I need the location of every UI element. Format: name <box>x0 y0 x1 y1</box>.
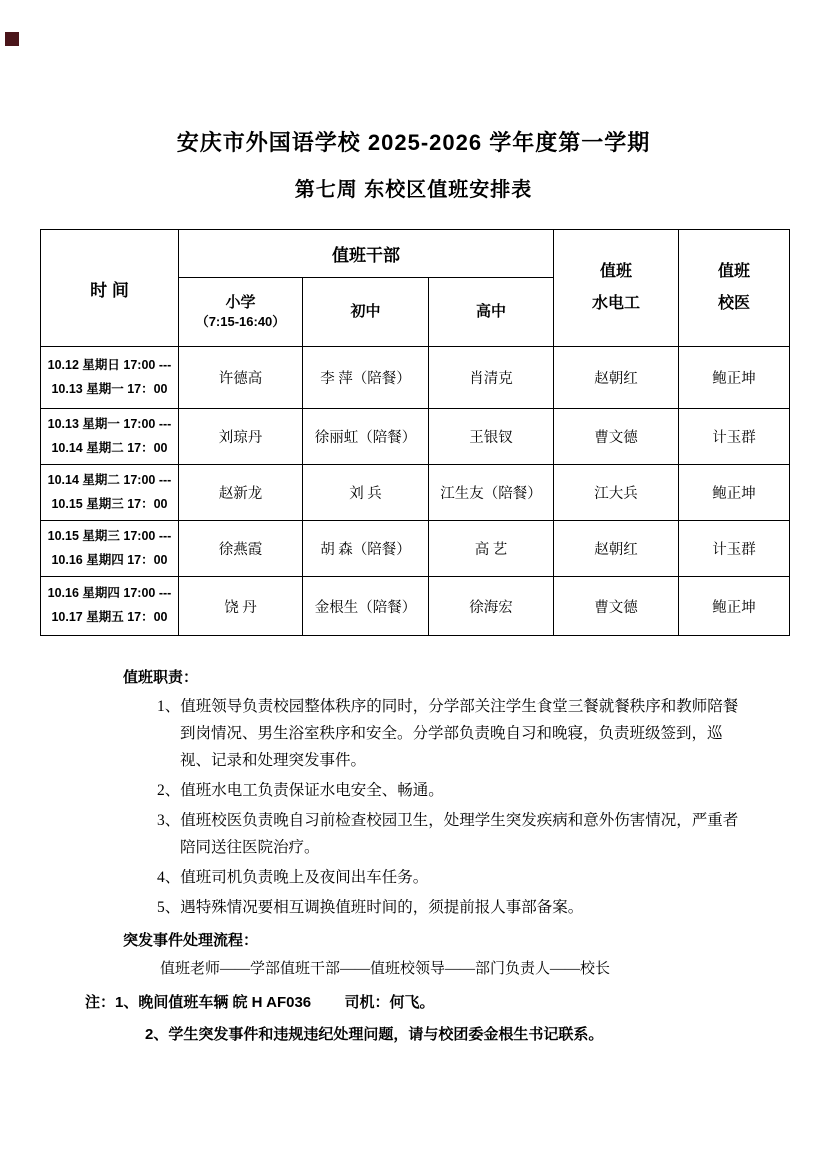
doctor-duty: 鲍正坤 <box>679 577 790 636</box>
emergency-flow-heading: 突发事件处理流程： <box>123 929 741 950</box>
duties-heading: 值班职责： <box>123 666 741 687</box>
table-row: 10.13 星期一 17:00 --- 10.14 星期二 17：00 刘琼丹 … <box>41 409 790 465</box>
header-junior-school: 初中 <box>303 278 429 347</box>
plumber-duty: 赵朝红 <box>554 347 679 409</box>
header-plumber-line1: 值班 <box>600 263 632 280</box>
corner-mark <box>5 32 19 46</box>
header-duty-cadres: 值班干部 <box>179 230 554 278</box>
header-primary-label: 小学 <box>225 294 255 311</box>
table-row: 10.12 星期日 17:00 --- 10.13 星期一 17：00 许德高 … <box>41 347 790 409</box>
header-primary-school: 小学 （7:15-16:40） <box>179 278 303 347</box>
doctor-duty: 计玉群 <box>679 409 790 465</box>
primary-duty: 刘琼丹 <box>179 409 303 465</box>
junior-duty: 李 萍（陪餐） <box>303 347 429 409</box>
note-contact: 2、学生突发事件和违规违纪处理问题，请与校团委金根生书记联系。 <box>145 1022 741 1048</box>
junior-duty: 徐丽虹（陪餐） <box>303 409 429 465</box>
doctor-duty: 计玉群 <box>679 521 790 577</box>
time-line1: 10.15 星期三 17:00 --- <box>48 529 172 543</box>
time-line2: 10.13 星期一 17：00 <box>51 382 167 396</box>
time-cell: 10.12 星期日 17:00 --- 10.13 星期一 17：00 <box>41 347 179 409</box>
page-title: 安庆市外国语学校 2025-2026 学年度第一学期 <box>0 0 827 157</box>
time-cell: 10.15 星期三 17:00 --- 10.16 星期四 17：00 <box>41 521 179 577</box>
time-line1: 10.13 星期一 17:00 --- <box>48 417 172 431</box>
primary-duty: 饶 丹 <box>179 577 303 636</box>
time-line2: 10.15 星期三 17：00 <box>51 497 167 511</box>
notes-section: 值班职责： 1、值班领导负责校园整体秩序的同时，分学部关注学生食堂三餐就餐秩序和… <box>123 666 741 1048</box>
duty-item-4: 4、值班司机负责晚上及夜间出车任务。 <box>140 864 741 891</box>
senior-duty: 江生友（陪餐） <box>429 465 554 521</box>
senior-duty: 高 艺 <box>429 521 554 577</box>
time-cell: 10.14 星期二 17:00 --- 10.15 星期三 17：00 <box>41 465 179 521</box>
primary-duty: 许德高 <box>179 347 303 409</box>
plumber-duty: 曹文德 <box>554 577 679 636</box>
time-cell: 10.16 星期四 17:00 --- 10.17 星期五 17：00 <box>41 577 179 636</box>
header-plumber: 值班 水电工 <box>554 230 679 347</box>
time-cell: 10.13 星期一 17:00 --- 10.14 星期二 17：00 <box>41 409 179 465</box>
table-row: 10.15 星期三 17:00 --- 10.16 星期四 17：00 徐燕霞 … <box>41 521 790 577</box>
plumber-duty: 曹文德 <box>554 409 679 465</box>
table-row: 10.14 星期二 17:00 --- 10.15 星期三 17：00 赵新龙 … <box>41 465 790 521</box>
plumber-duty: 江大兵 <box>554 465 679 521</box>
table-row: 10.16 星期四 17:00 --- 10.17 星期五 17：00 饶 丹 … <box>41 577 790 636</box>
header-plumber-line2: 水电工 <box>592 295 640 312</box>
time-line1: 10.12 星期日 17:00 --- <box>48 358 172 372</box>
time-line1: 10.14 星期二 17:00 --- <box>48 473 172 487</box>
doctor-duty: 鲍正坤 <box>679 347 790 409</box>
time-line2: 10.16 星期四 17：00 <box>51 553 167 567</box>
duty-item-3: 3、值班校医负责晚自习前检查校园卫生，处理学生突发疾病和意外伤害情况，严重者陪同… <box>140 807 741 861</box>
senior-duty: 王银钗 <box>429 409 554 465</box>
junior-duty: 刘 兵 <box>303 465 429 521</box>
header-time: 时 间 <box>41 230 179 347</box>
doctor-duty: 鲍正坤 <box>679 465 790 521</box>
time-line2: 10.14 星期二 17：00 <box>51 441 167 455</box>
document-page: 安庆市外国语学校 2025-2026 学年度第一学期 第七周 东校区值班安排表 … <box>0 0 827 1169</box>
header-doctor: 值班 校医 <box>679 230 790 347</box>
time-line1: 10.16 星期四 17:00 --- <box>48 586 172 600</box>
duty-schedule-table: 时 间 值班干部 值班 水电工 值班 校医 小学 （7:15-16:40） 初中… <box>40 229 790 636</box>
junior-duty: 金根生（陪餐） <box>303 577 429 636</box>
senior-duty: 徐海宏 <box>429 577 554 636</box>
duty-item-1: 1、值班领导负责校园整体秩序的同时，分学部关注学生食堂三餐就餐秩序和教师陪餐到岗… <box>140 693 741 774</box>
emergency-flow-line: 值班老师——学部值班干部——值班校领导——部门负责人——校长 <box>160 956 741 982</box>
time-line2: 10.17 星期五 17：00 <box>51 610 167 624</box>
primary-duty: 赵新龙 <box>179 465 303 521</box>
senior-duty: 肖清克 <box>429 347 554 409</box>
junior-duty: 胡 森（陪餐） <box>303 521 429 577</box>
plumber-duty: 赵朝红 <box>554 521 679 577</box>
primary-duty: 徐燕霞 <box>179 521 303 577</box>
header-doctor-line2: 校医 <box>718 295 750 312</box>
duty-item-2: 2、值班水电工负责保证水电安全、畅通。 <box>140 777 741 804</box>
header-primary-time: （7:15-16:40） <box>179 313 302 331</box>
duty-item-5: 5、遇特殊情况要相互调换值班时间的，须提前报人事部备案。 <box>140 894 741 921</box>
header-senior-school: 高中 <box>429 278 554 347</box>
page-subtitle: 第七周 东校区值班安排表 <box>0 157 827 202</box>
note-vehicle: 注：1、晚间值班车辆 皖 H AF036 司机：何飞。 <box>85 990 741 1016</box>
header-row-1: 时 间 值班干部 值班 水电工 值班 校医 <box>41 230 790 278</box>
header-doctor-line1: 值班 <box>718 263 750 280</box>
